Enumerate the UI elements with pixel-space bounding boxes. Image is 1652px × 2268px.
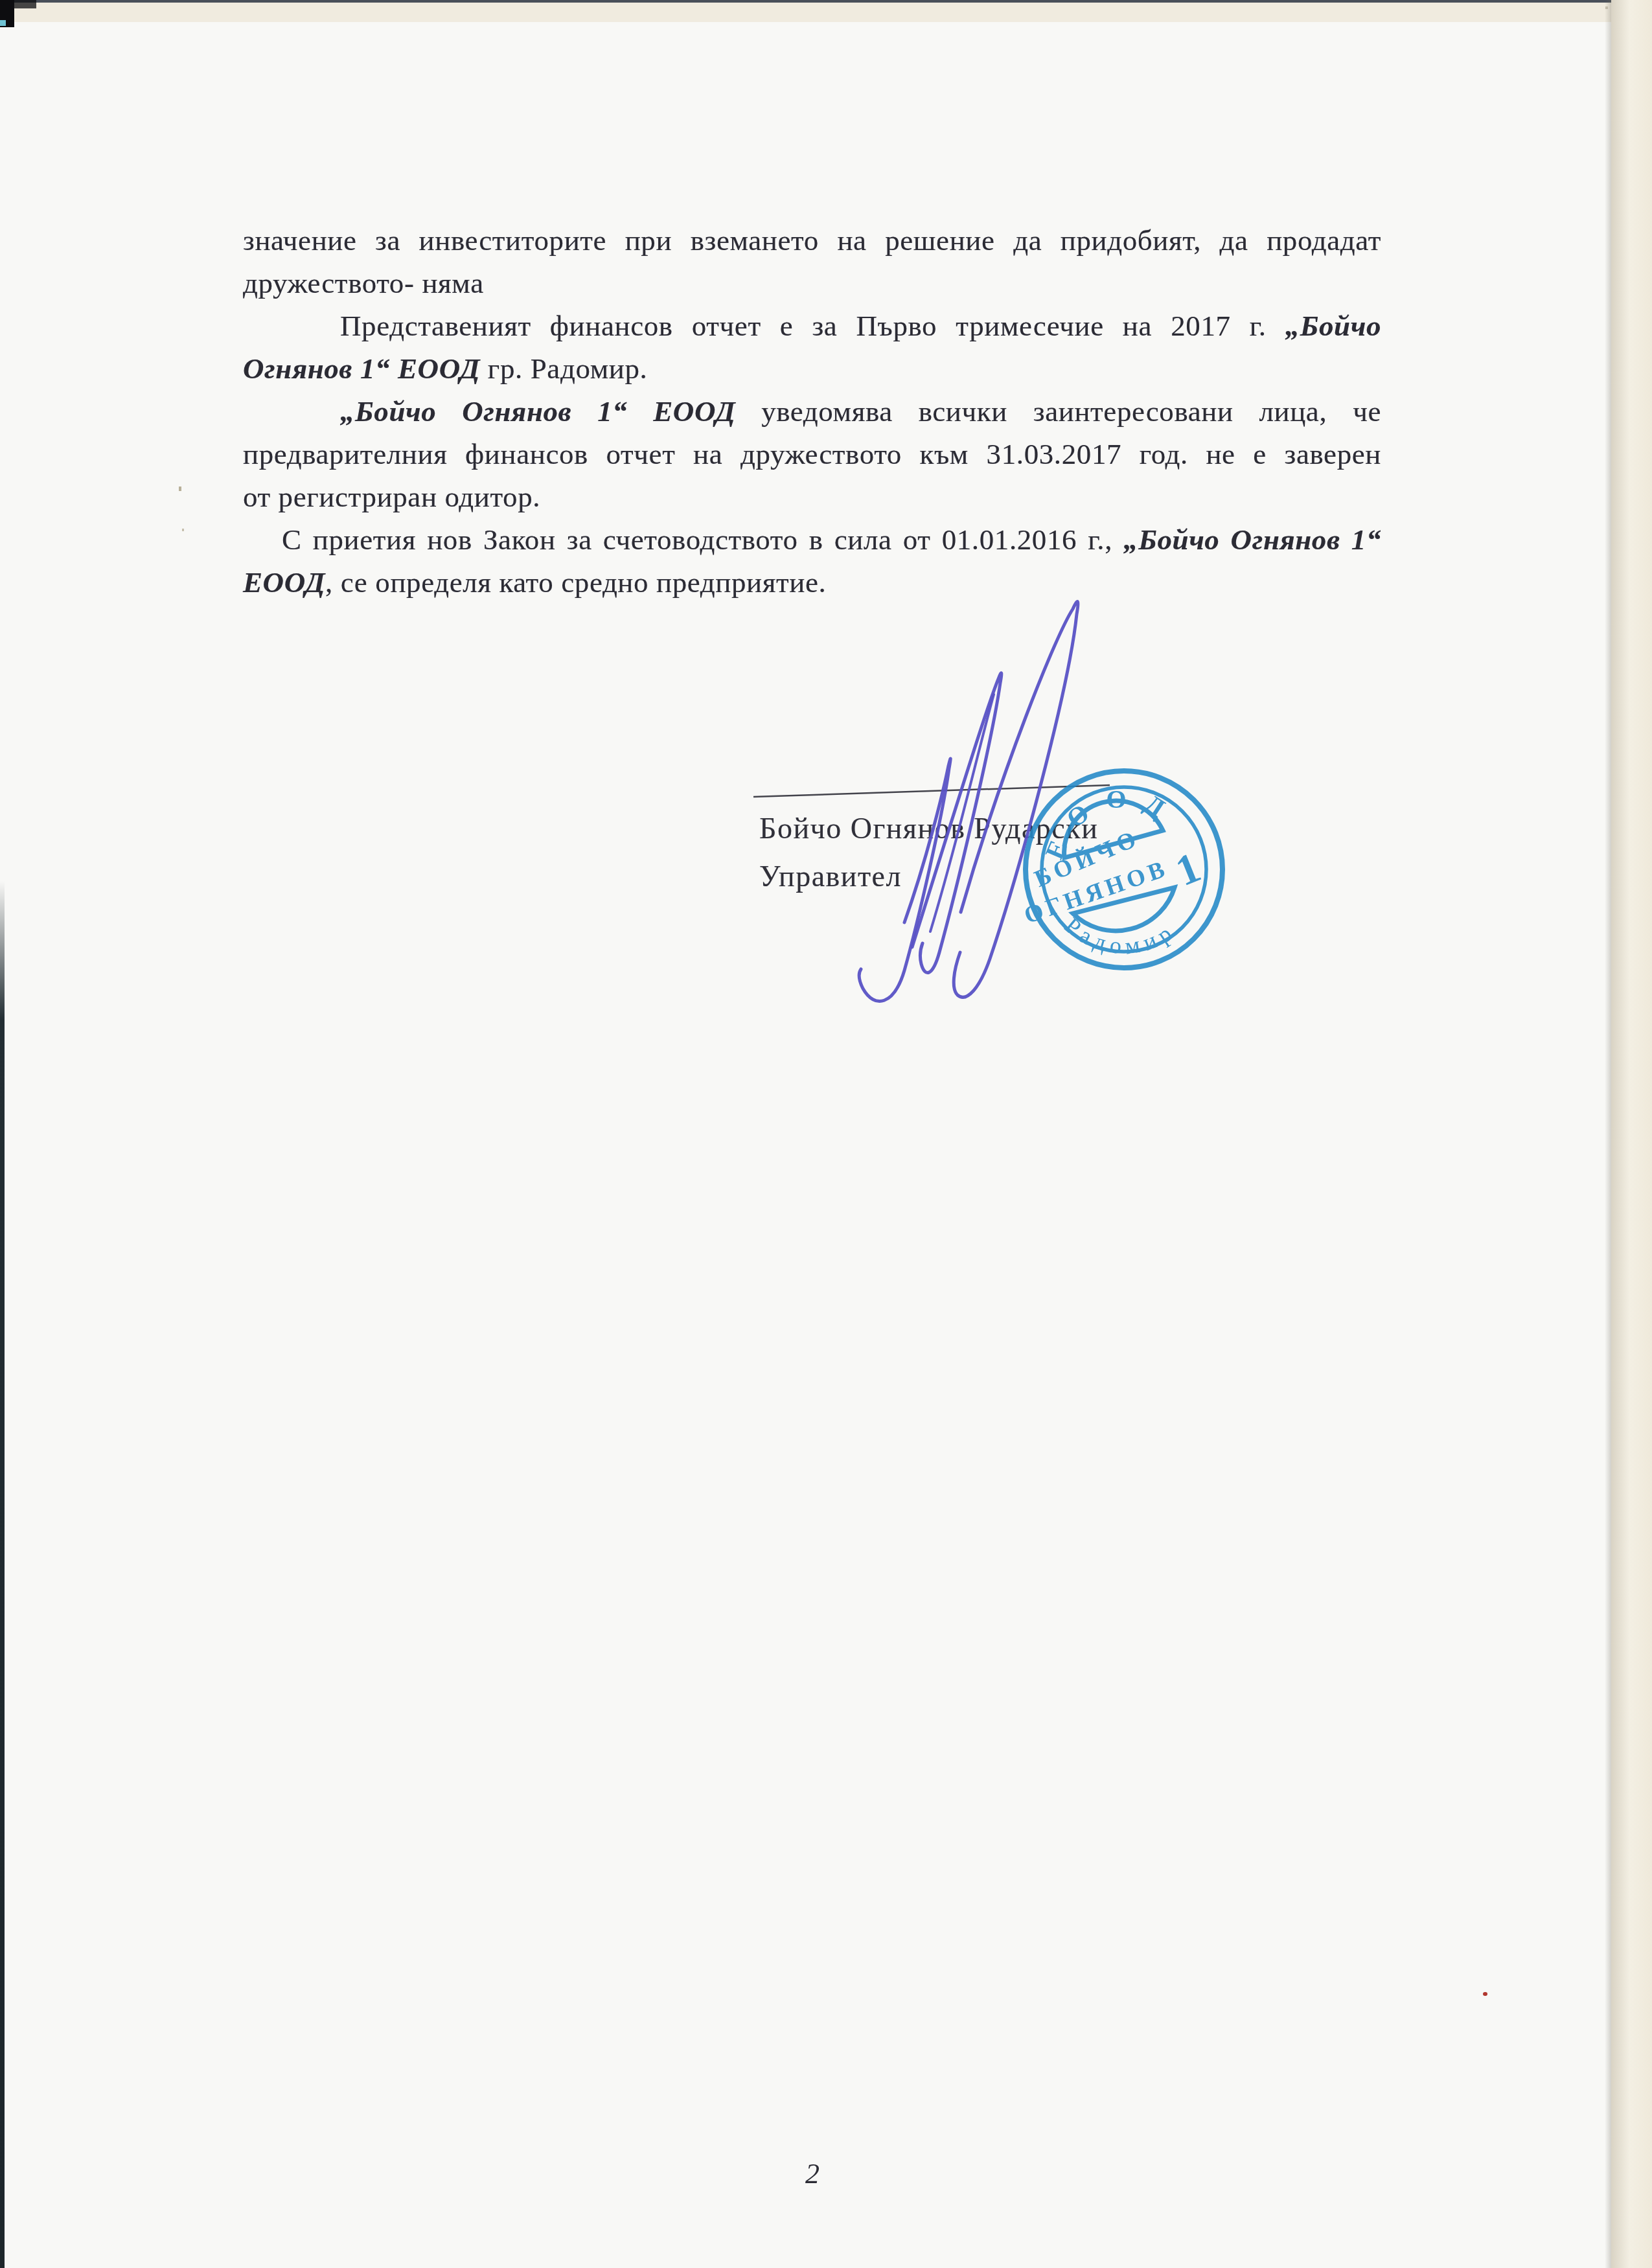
ink-overlay: ЕООД Радомир БОЙЧО ОГНЯНОВ 1	[0, 0, 1652, 2268]
company-stamp: ЕООД Радомир БОЙЧО ОГНЯНОВ 1	[1021, 764, 1222, 968]
signature-stroke	[859, 759, 950, 1002]
handwritten-signature	[859, 602, 1078, 1002]
signature-stroke	[954, 602, 1078, 998]
scanned-document-page: значение за инвеститорите при вземането …	[0, 0, 1652, 2268]
